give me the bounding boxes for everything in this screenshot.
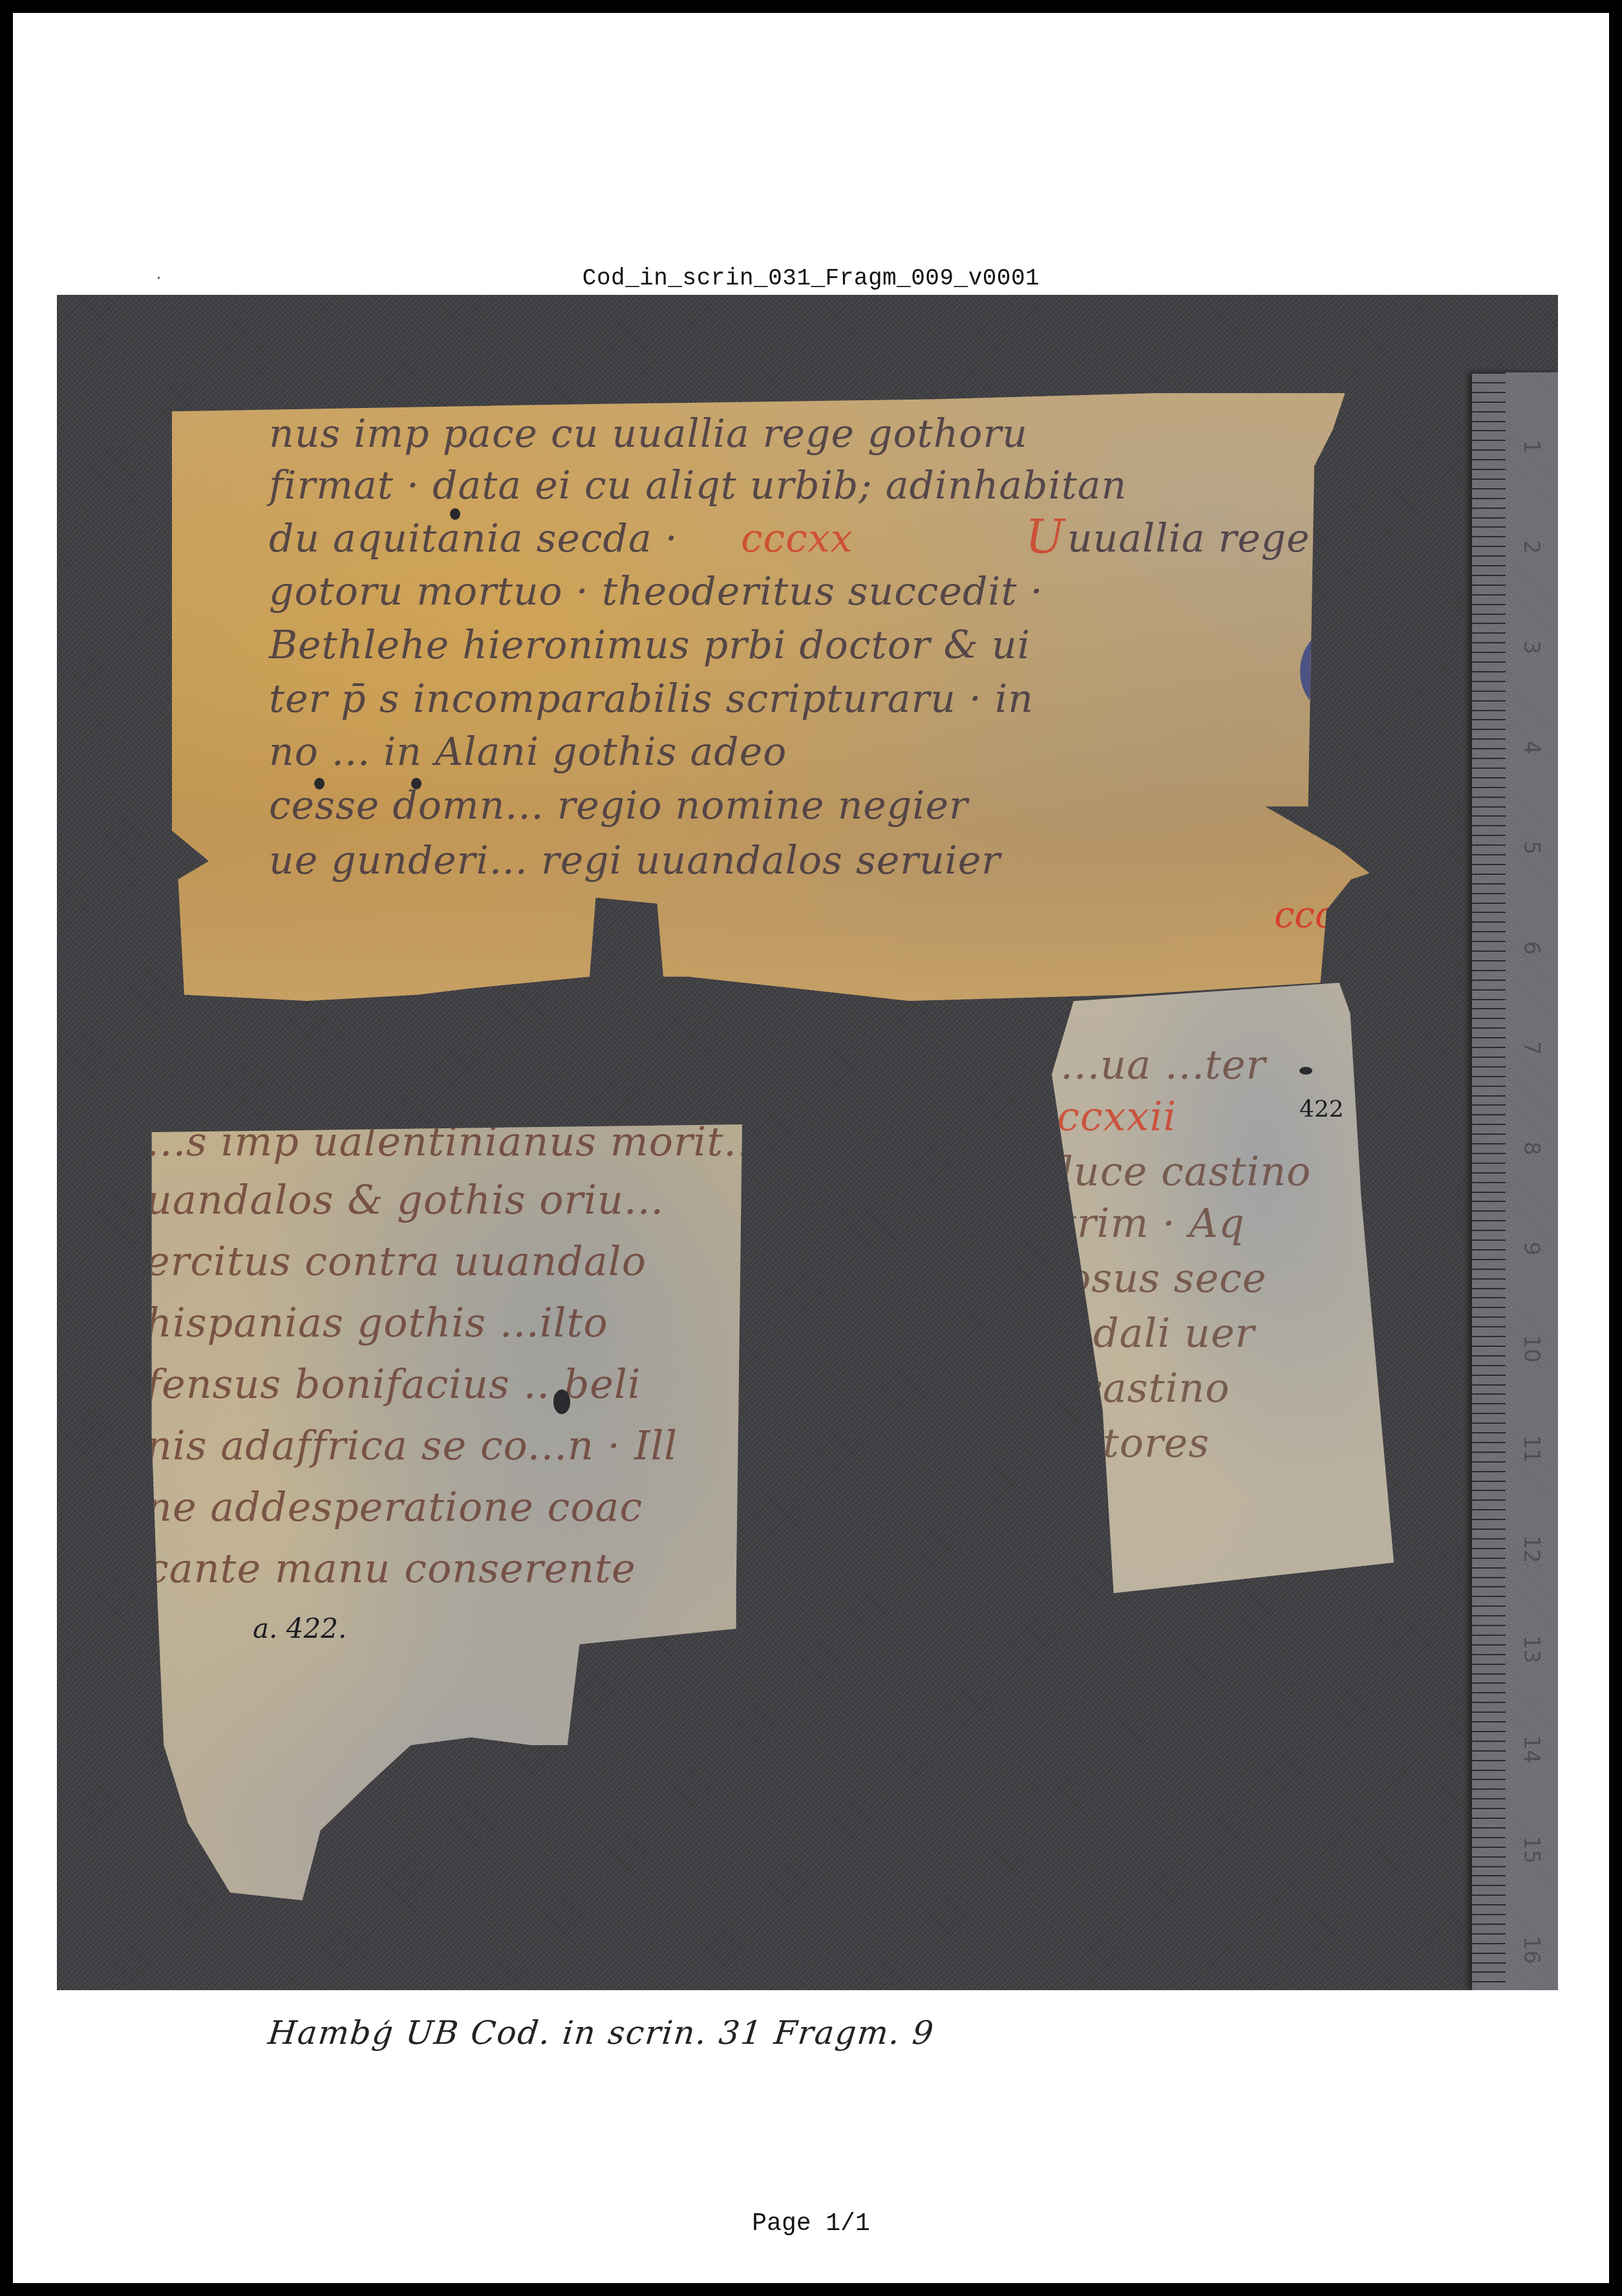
ms-line: ter p̄ s incomparabilis scripturaru · in (269, 676, 1034, 722)
ms-line: gotoru mortuo · theoderitus succedit · (269, 569, 1043, 614)
ruler-number: 15 (1519, 1830, 1544, 1869)
ms-line: Bethlehe hieronimus prbi doctor & ui (269, 623, 1030, 668)
ms-line: no ... in Alani gothis adeo (269, 729, 787, 775)
ruler-number: 3 (1519, 628, 1544, 667)
ms-line: castino (1080, 1364, 1230, 1411)
ruler-number: 4 (1519, 728, 1544, 767)
scan-speck (158, 277, 160, 279)
folio-annotation: a. 422. (253, 1613, 347, 1644)
rubric-numeral: cccxx (741, 516, 853, 561)
ruler-number: 1 (1519, 427, 1544, 466)
binding-hole (314, 778, 325, 789)
ms-line: hispanias gothis ...ilto (146, 1299, 608, 1346)
fragment-lower-right: ...ua ...ter ccxxii 422 luce castino tri… (1041, 983, 1405, 1593)
ms-line: osus sece (1067, 1254, 1267, 1302)
ruler-number: 8 (1519, 1129, 1544, 1168)
ms-line: cesse domn... regio nomine negier (269, 783, 968, 828)
ms-line: ...s imp ualentinianus morit... (146, 1124, 742, 1165)
ruler-number: 11 (1519, 1430, 1544, 1468)
fragment-lower-left: ...s imp ualentinianus morit... uandalos… (140, 1124, 742, 1900)
ruler-number: 16 (1519, 1931, 1544, 1969)
page-number: Page 1/1 (0, 2210, 1622, 2238)
ms-line: nus imp pace cu uuallia rege gothoru (269, 411, 1028, 456)
handwritten-shelfmark: Hambģ UB Cod. in scrin. 31 Fragm. 9 (266, 2014, 936, 2052)
ruler-number: 13 (1519, 1630, 1544, 1669)
ruler-number: 9 (1519, 1229, 1544, 1268)
ruler-number: 12 (1519, 1530, 1544, 1569)
ms-line: du aquitania secda · (269, 516, 678, 561)
ruler-number: 7 (1519, 1029, 1544, 1068)
ms-line: cante manu conserente (146, 1545, 636, 1592)
ms-line: ercitus contra uuandalo (146, 1238, 646, 1285)
red-marginal-initial: ccc (1274, 894, 1335, 936)
manuscript-photo: nus imp pace cu uuallia rege gothoru fir… (57, 295, 1558, 1990)
ms-line: firmat · data ei cu aliqt urbib; adinhab… (269, 463, 1127, 508)
ms-line: ue gunderi... regi uuandalos seruier (269, 838, 1001, 883)
folio-annotation: 422 (1299, 1096, 1344, 1122)
ms-line: uuallia rege (1067, 516, 1310, 561)
ms-line: uandalos & gothis oriu... (146, 1176, 664, 1223)
ms-line: ndali uer (1067, 1309, 1255, 1357)
binding-hole (1299, 1067, 1312, 1075)
binding-hole (450, 508, 460, 520)
ruler-number: 5 (1519, 828, 1544, 867)
worm-hole (553, 1389, 570, 1414)
ms-line: ne addesperatione coac (146, 1483, 643, 1530)
ms-line: ...ua ...ter (1060, 1041, 1266, 1088)
blue-initial-o (1300, 623, 1397, 720)
ms-line: trim · Aq (1060, 1199, 1245, 1247)
rubric-numeral: ccxxii (1057, 1093, 1177, 1140)
ruler-number: 2 (1519, 528, 1544, 566)
ruler-number: 6 (1519, 928, 1544, 967)
ruler-number: 14 (1519, 1730, 1544, 1769)
file-title: Cod_in_scrin_031_Fragm_009_v0001 (0, 265, 1622, 292)
rubric-initial: U (1025, 510, 1065, 564)
fragment-top: nus imp pace cu uuallia rege gothoru fir… (172, 393, 1400, 1001)
ruler-number: 10 (1519, 1329, 1544, 1368)
ms-line: nis adaffrica se co...n · Ill (146, 1422, 678, 1469)
binding-hole (411, 778, 422, 789)
ms-line: luce castino (1060, 1148, 1311, 1195)
measurement-ruler: 1 2 3 4 5 6 7 8 9 10 11 12 13 14 15 16 (1472, 372, 1558, 1990)
ms-line: ctores (1080, 1419, 1210, 1466)
